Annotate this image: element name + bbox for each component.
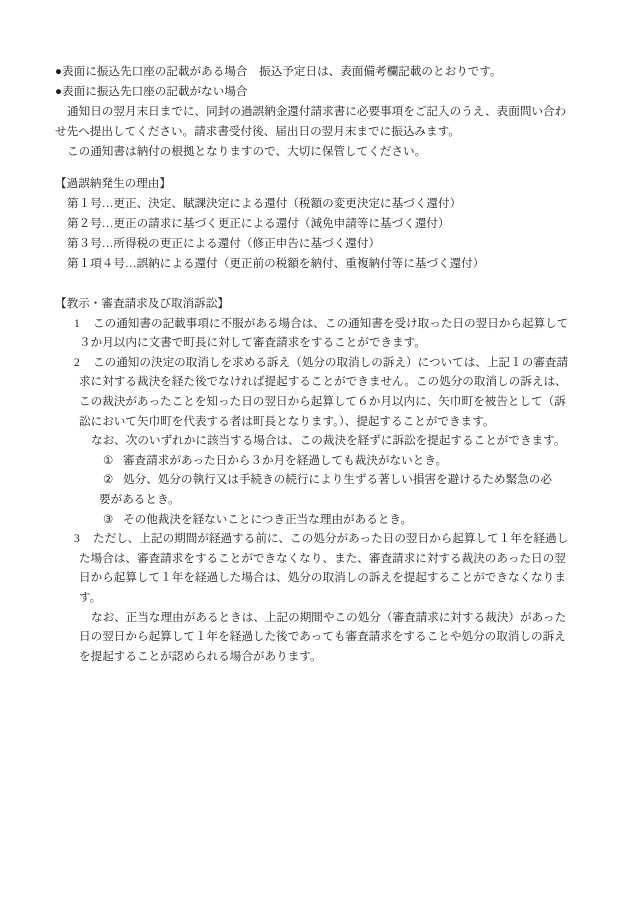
- appeal-item-2-note: なお、次のいずれかに該当する場合は、この裁決を経ずに訴訟を提起することができます…: [55, 431, 580, 451]
- document-page: ●表面に振込先口座の記載がある場合 振込予定日は、表面備考欄記載のとおりです。 …: [0, 0, 630, 903]
- circled-number: ①: [103, 451, 123, 471]
- text-line-submit-2: せ先へ提出してください。請求書受付後、届出日の翌月末までに振込みます。: [55, 122, 580, 142]
- list-text: この通知の決定の取消しを求める訴え（処分の取消しの訴え）については、上記１の審査…: [93, 356, 568, 369]
- appeal-item-3-note-line-2: 日の翌日から起算して１年を経過した後であっても審査請求をすることや処分の取消しの…: [55, 627, 580, 647]
- appeal-item-3-note-line-1: なお、正当な理由があるときは、上記の期間やこの処分（審査請求に対する裁決）があっ…: [55, 608, 580, 628]
- section-heading-appeal: 【教示・審査請求及び取消訴訟】: [55, 294, 580, 314]
- reason-item-4: 第１項４号…誤納による還付（更正前の税額を納付、重複納付等に基づく還付）: [55, 254, 580, 274]
- section-overpayment-reasons: 【過誤納発生の理由】 第１号…更正、決定、賦課決定による還付（税額の変更決定に基…: [55, 174, 580, 274]
- appeal-item-3-line-4: す。: [55, 588, 580, 608]
- circled-number: ③: [103, 510, 123, 530]
- appeal-item-1-line-2: ３か月以内に文書で町長に対して審査請求をすることができます。: [55, 333, 580, 353]
- list-text: この通知書の記載事項に不服がある場合は、この通知書を受け取った日の翌日から起算し…: [93, 317, 568, 330]
- circled-number: ②: [103, 470, 123, 490]
- reason-item-3: 第３号…所得税の更正による還付（修正申告に基づく還付）: [55, 234, 580, 254]
- section-transfer-instructions: ●表面に振込先口座の記載がある場合 振込予定日は、表面備考欄記載のとおりです。 …: [55, 62, 580, 162]
- bullet-item-account-absent: ●表面に振込先口座の記載がない場合: [55, 82, 580, 102]
- section-appeal-instructions: 【教示・審査請求及び取消訴訟】 1この通知書の記載事項に不服がある場合は、この通…: [55, 294, 580, 666]
- list-number: 1: [74, 314, 93, 334]
- appeal-subitem-2-line-2: 要があるとき。: [55, 490, 580, 510]
- text-line-keep-notice: この通知書は納付の根拠となりますので、大切に保管してください。: [55, 142, 580, 162]
- list-text: ただし、上記の期間が経過する前に、この処分があった日の翌日から起算して１年を経過…: [93, 532, 568, 545]
- appeal-subitem-2-line-1: ②処分、処分の執行又は手続きの続行により生ずる著しい損害を避けるため緊急の必: [55, 470, 580, 490]
- appeal-item-3-line-2: た場合は、審査請求をすることができなくなり、また、審査請求に対する裁決のあった日…: [55, 549, 580, 569]
- reason-item-2: 第２号…更正の請求に基づく更正による還付（減免申請等に基づく還付）: [55, 214, 580, 234]
- list-number: 3: [74, 529, 93, 549]
- reason-item-1: 第１号…更正、決定、賦課決定による還付（税額の変更決定に基づく還付）: [55, 194, 580, 214]
- appeal-subitem-3: ③その他裁決を経ないことにつき正当な理由があるとき。: [55, 510, 580, 530]
- appeal-item-2-line-4: 訟において矢巾町を代表する者は町長となります。）、提起することができます。: [55, 412, 580, 432]
- list-text: 処分、処分の執行又は手続きの続行により生ずる著しい損害を避けるため緊急の必: [123, 473, 552, 486]
- list-text: 審査請求があった日から３か月を経過しても裁決がないとき。: [123, 454, 447, 467]
- appeal-subitem-1: ①審査請求があった日から３か月を経過しても裁決がないとき。: [55, 451, 580, 471]
- list-number: 2: [74, 353, 93, 373]
- appeal-item-1-line-1: 1この通知書の記載事項に不服がある場合は、この通知書を受け取った日の翌日から起算…: [55, 314, 580, 334]
- appeal-item-3-line-1: 3ただし、上記の期間が経過する前に、この処分があった日の翌日から起算して１年を経…: [55, 529, 580, 549]
- bullet-item-account-present: ●表面に振込先口座の記載がある場合 振込予定日は、表面備考欄記載のとおりです。: [55, 62, 580, 82]
- appeal-item-2-line-2: 求に対する裁決を経た後でなければ提起することができません。この処分の取消しの訴え…: [55, 372, 580, 392]
- text-line-submit-1: 通知日の翌月末日までに、同封の過誤納金還付請求書に必要事項をご記入のうえ、表面問…: [55, 102, 580, 122]
- appeal-item-2-line-3: この裁決があったことを知った日の翌日から起算して６か月以内に、矢巾町を被告として…: [55, 392, 580, 412]
- list-text: その他裁決を経ないことにつき正当な理由があるとき。: [123, 513, 412, 526]
- appeal-item-2-line-1: 2この通知の決定の取消しを求める訴え（処分の取消しの訴え）については、上記１の審…: [55, 353, 580, 373]
- appeal-item-3-note-line-3: を提起することが認められる場合があります。: [55, 647, 580, 667]
- section-heading-reasons: 【過誤納発生の理由】: [55, 174, 580, 194]
- appeal-item-3-line-3: 日から起算して１年を経過した場合は、処分の取消しの訴えを提起することができなくな…: [55, 568, 580, 588]
- document-body: ●表面に振込先口座の記載がある場合 振込予定日は、表面備考欄記載のとおりです。 …: [55, 62, 580, 666]
